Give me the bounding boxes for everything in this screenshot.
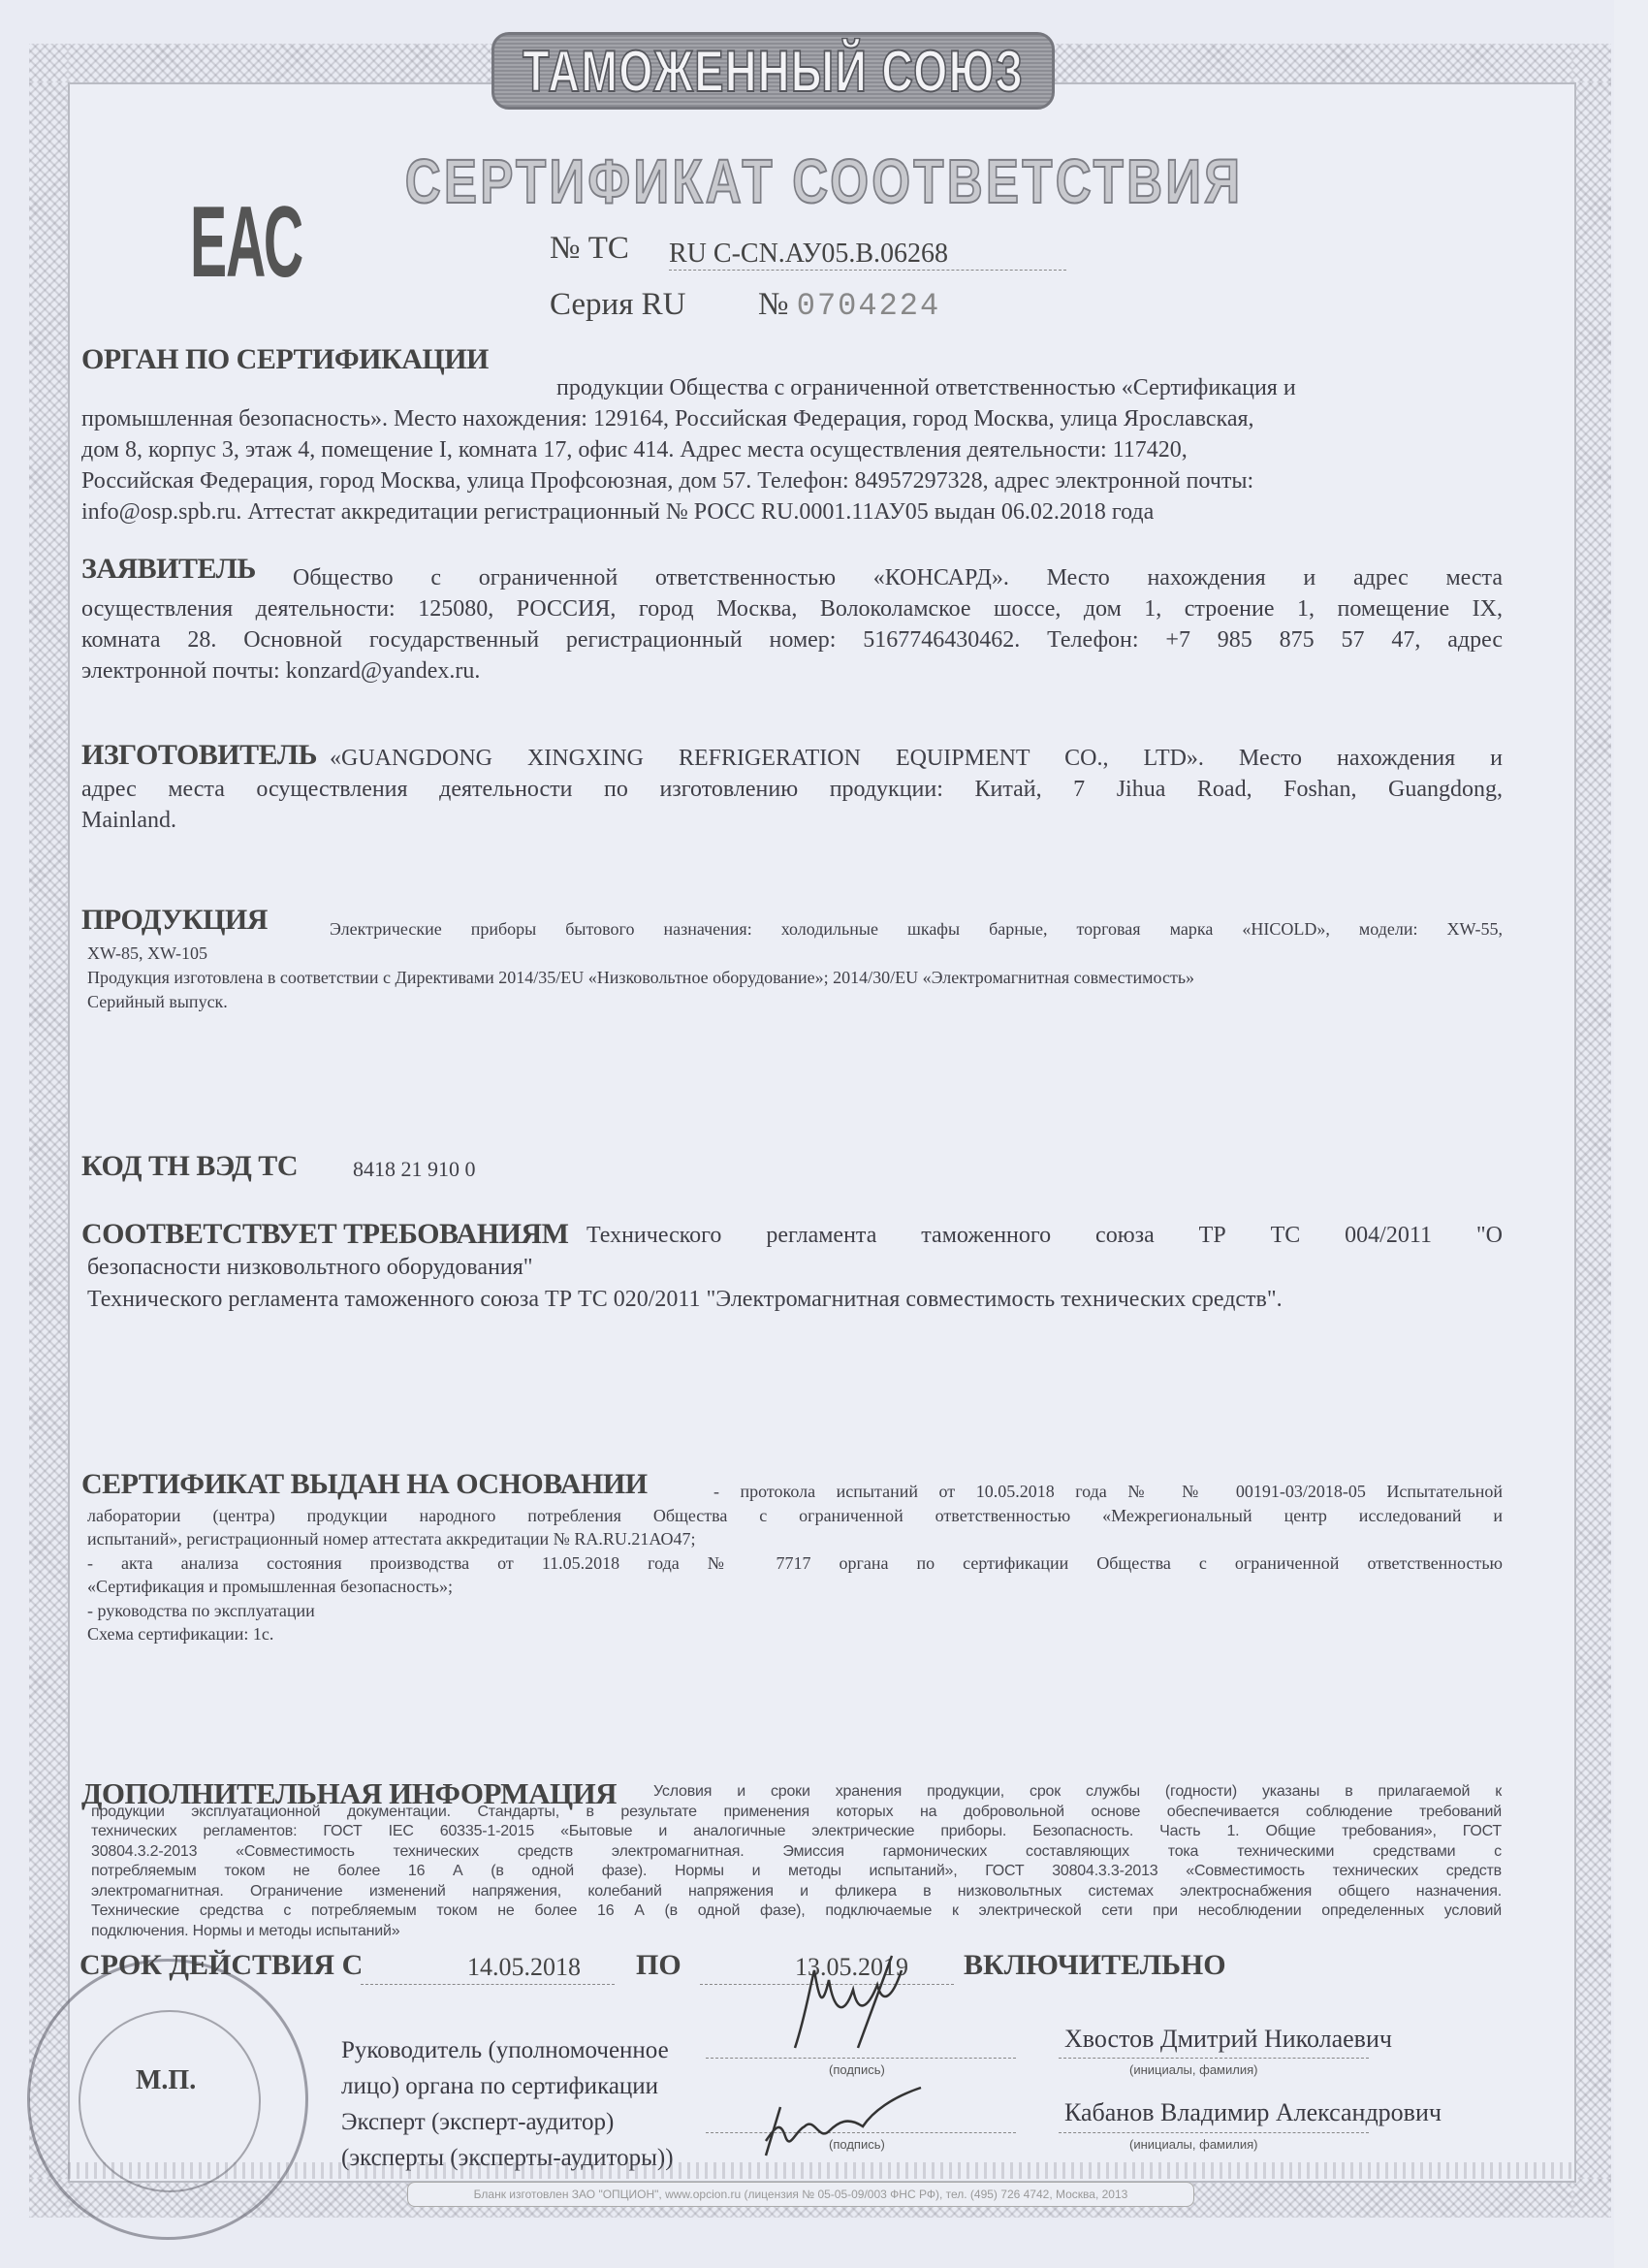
text-line: Технического регламента таможенного союз… bbox=[87, 1220, 1503, 1252]
expert-name-line bbox=[1059, 2132, 1369, 2133]
validity-from-label: СРОК ДЕЙСТВИЯ С bbox=[79, 1949, 363, 1982]
text-line: технических регламентов: ГОСТ IEC 60335-… bbox=[91, 1822, 1502, 1842]
text-line: электромагнитная. Ограничение изменений … bbox=[91, 1882, 1502, 1902]
text-line: Эксперт (эксперт-аудитор) bbox=[341, 2104, 674, 2140]
text-line: 30804.3.2-2013 «Совместимость технически… bbox=[91, 1842, 1502, 1863]
manufacturer-text: «GUANGDONG XINGXING REFRIGERATION EQUIPM… bbox=[81, 743, 1503, 836]
customs-union-badge: ТАМОЖЕННЫЙ СОЮЗ bbox=[491, 32, 1055, 110]
text-line: безопасности низковольтного оборудования… bbox=[87, 1252, 1503, 1284]
series-label: Серия RU bbox=[550, 287, 686, 323]
text-line: Российская Федерация, город Москва, улиц… bbox=[81, 465, 1474, 496]
eac-logo-icon: ЕАС bbox=[190, 194, 245, 291]
text-line: осуществления деятельности: 125080, РОСС… bbox=[81, 593, 1503, 624]
head-label: Руководитель (уполномоченное лицо) орган… bbox=[341, 2032, 669, 2104]
text-line: Схема сертификации: 1с. bbox=[87, 1622, 1503, 1646]
text-line: лаборатории (центра) продукции народного… bbox=[87, 1504, 1503, 1528]
head-signature-line bbox=[706, 2058, 1016, 2059]
validity-inclusive-label: ВКЛЮЧИТЕЛЬНО bbox=[964, 1949, 1226, 1982]
text-line: продукции Общества с ограниченной ответс… bbox=[81, 372, 1474, 403]
head-signature-icon bbox=[776, 1951, 931, 2058]
text-line: Электрические приборы бытового назначени… bbox=[87, 917, 1503, 942]
text-line: Серийный выпуск. bbox=[87, 990, 1503, 1014]
applicant-text: Общество с ограниченной ответственностью… bbox=[81, 562, 1503, 687]
text-line: продукции эксплуатационной документации.… bbox=[91, 1803, 1502, 1823]
expert-name-caption: (инициалы, фамилия) bbox=[1129, 2137, 1257, 2152]
text-line: адрес места осуществления деятельности п… bbox=[81, 774, 1503, 805]
text-line: Mainland. bbox=[81, 805, 1503, 836]
organization-seal bbox=[27, 1959, 308, 2240]
text-line: дом 8, корпус 3, этаж 4, помещение I, ко… bbox=[81, 434, 1474, 465]
form-printer-footer: Бланк изготовлен ЗАО "ОПЦИОН", www.opcio… bbox=[407, 2182, 1194, 2207]
text-line: «Сертификация и промышленная безопасност… bbox=[87, 1575, 1503, 1599]
tn-ved-heading: КОД ТН ВЭД ТС bbox=[81, 1150, 298, 1183]
expert-name: Кабанов Владимир Александрович bbox=[1064, 2098, 1442, 2127]
text-line: Общество с ограниченной ответственностью… bbox=[81, 562, 1503, 593]
text-line: Условия и сроки хранения продукции, срок… bbox=[91, 1782, 1502, 1803]
validity-from-underline bbox=[361, 1984, 615, 1985]
text-line: Технического регламента таможенного союз… bbox=[87, 1284, 1503, 1316]
certificate-sheet: ТАМОЖЕННЫЙ СОЮЗ СЕРТИФИКАТ СООТВЕТСТВИЯ … bbox=[0, 0, 1614, 2268]
head-name-caption: (инициалы, фамилия) bbox=[1129, 2062, 1257, 2077]
series-number: № 0704224 bbox=[758, 287, 940, 324]
validity-to-label: ПО bbox=[636, 1949, 681, 1982]
border-bottom-pattern bbox=[68, 2162, 1572, 2179]
certification-body-heading: ОРГАН ПО СЕРТИФИКАЦИИ bbox=[81, 343, 489, 376]
product-text: Электрические приборы бытового назначени… bbox=[87, 917, 1503, 1014]
text-line: Руководитель (уполномоченное bbox=[341, 2032, 669, 2068]
text-line: лицо) органа по сертификации bbox=[341, 2068, 669, 2104]
head-name-line bbox=[1059, 2058, 1369, 2059]
validity-from-date: 14.05.2018 bbox=[467, 1953, 581, 1982]
text-line: - руководства по эксплуатации bbox=[87, 1599, 1503, 1623]
basis-text: - протокола испытаний от 10.05.2018 года… bbox=[87, 1480, 1503, 1646]
tn-ved-code: 8418 21 910 0 bbox=[353, 1154, 476, 1185]
text-line: Продукция изготовлена в соответствии с Д… bbox=[87, 966, 1503, 990]
text-line: испытаний», регистрационный номер аттест… bbox=[87, 1527, 1503, 1551]
document-title: СЕРТИФИКАТ СООТВЕТСТВИЯ bbox=[165, 145, 1483, 217]
certification-body-text: продукции Общества с ограниченной ответс… bbox=[81, 372, 1474, 527]
text-line: Технические средства с потребляемым токо… bbox=[91, 1901, 1502, 1922]
text-line: - акта анализа состояния производства от… bbox=[87, 1551, 1503, 1576]
text-line: XW-85, XW-105 bbox=[87, 942, 1503, 966]
additional-info-text: Условия и сроки хранения продукции, срок… bbox=[91, 1782, 1502, 1941]
requirements-text: Технического регламента таможенного союз… bbox=[87, 1220, 1503, 1316]
text-line: подключения. Нормы и методы испытаний» bbox=[91, 1922, 1502, 1942]
head-name: Хвостов Дмитрий Николаевич bbox=[1064, 2025, 1392, 2054]
text-line: «GUANGDONG XINGXING REFRIGERATION EQUIPM… bbox=[81, 743, 1503, 774]
head-signature-caption: (подпись) bbox=[829, 2062, 885, 2077]
expert-signature-icon bbox=[737, 2083, 950, 2160]
tc-number: RU C-CN.АУ05.В.06268 bbox=[669, 239, 1066, 271]
text-line: промышленная безопасность». Место нахожд… bbox=[81, 403, 1474, 434]
stamp-placeholder-label: М.П. bbox=[136, 2065, 196, 2096]
series-number-value: 0704224 bbox=[797, 288, 940, 324]
text-line: электронной почты: konzard@yandex.ru. bbox=[81, 655, 1503, 687]
text-line: info@osp.spb.ru. Аттестат аккредитации р… bbox=[81, 496, 1474, 527]
customs-union-text: ТАМОЖЕННЫЙ СОЮЗ bbox=[523, 38, 1024, 105]
text-line: - протокола испытаний от 10.05.2018 года… bbox=[87, 1480, 1503, 1504]
text-line: потребляемым током не более 16 А (в одно… bbox=[91, 1862, 1502, 1882]
tc-label: № ТС bbox=[550, 231, 629, 267]
text-line: комната 28. Основной государственный рег… bbox=[81, 624, 1503, 655]
series-number-label: № bbox=[758, 287, 789, 322]
